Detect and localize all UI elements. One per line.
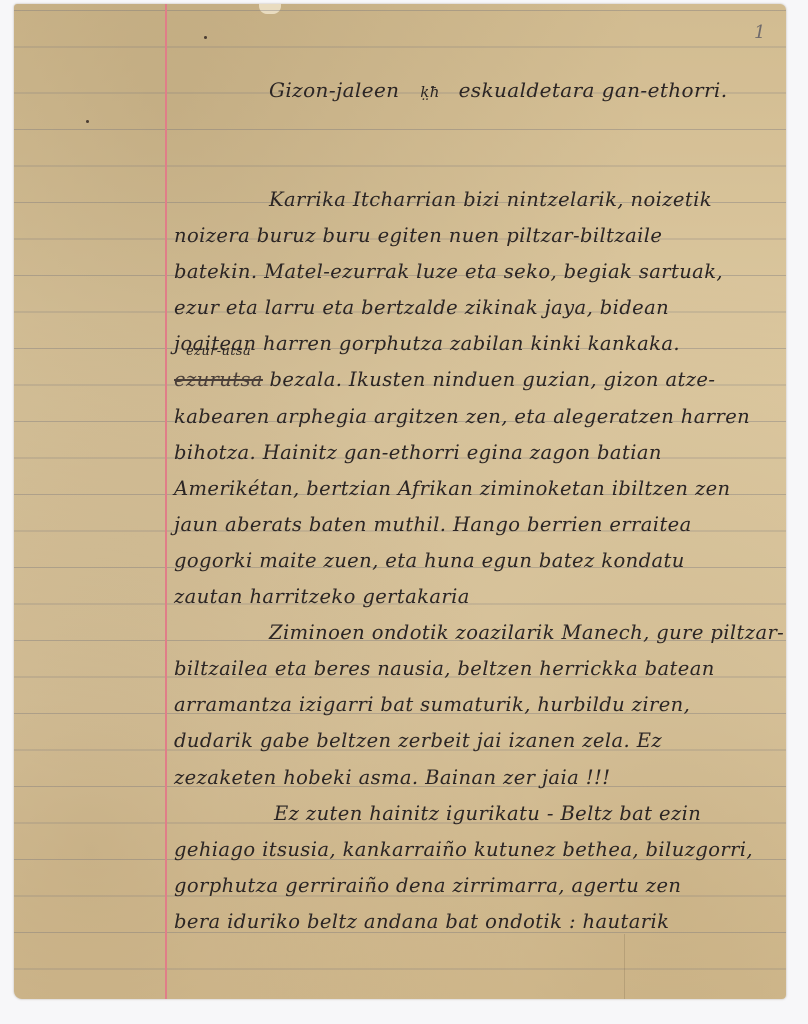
line-text: biltzailea eta beres nausia, beltzen her… (174, 657, 715, 680)
manuscript-line: bera iduriko beltz andana bat ondotik : … (174, 904, 790, 940)
manuscript-line: joaitean harren gorphutza zabilan kinki … (174, 326, 790, 362)
manuscript-line: Amerikétan, bertzian Afrikan ziminoketan… (174, 471, 790, 507)
manuscript-line: biltzailea eta beres nausia, beltzen her… (174, 651, 790, 687)
page-title: Gizon-jaleen ḳ̣ħ eskualdetara gan-ethorr… (269, 78, 727, 102)
line-text: bihotza. Hainitz gan-ethorri egina zagon… (174, 441, 662, 464)
title-part-after: eskualdetara gan-ethorri. (459, 78, 728, 102)
manuscript-line: Karrika Itcharrian bizi nintzelarik, noi… (174, 182, 790, 218)
interlinear-correction: ezur-utsa (186, 344, 251, 360)
line-text: zautan harritzeko gertakaria (174, 585, 470, 608)
line-text: dudarik gabe beltzen zerbeit jai izanen … (174, 729, 662, 752)
manuscript-page: 1 Gizon-jaleen ḳ̣ħ eskualdetara gan-etho… (14, 4, 786, 999)
line-text: ezur eta larru eta bertzalde zikinak jay… (174, 296, 669, 319)
line-text: jaun aberats baten muthil. Hango berrien… (174, 513, 692, 536)
line-text: Ez zuten hainitz igurikatu - Beltz bat e… (274, 802, 701, 825)
line-text: bezala. Ikusten ninduen guzian, gizon at… (270, 368, 716, 391)
line-text: zezaketen hobeki asma. Bainan zer jaia !… (174, 766, 610, 789)
page-number: 1 (754, 22, 765, 43)
line-text: kabearen arphegia argitzen zen, eta aleg… (174, 405, 750, 428)
line-text: batekin. Matel-ezurrak luze eta seko, be… (174, 260, 723, 283)
ink-spot (204, 36, 207, 39)
manuscript-line: gorphutza gerriraiño dena zirrimarra, ag… (174, 868, 790, 904)
manuscript-line: noizera buruz buru egiten nuen piltzar-b… (174, 218, 790, 254)
manuscript-line: Ziminoen ondotik zoazilarik Manech, gure… (174, 615, 790, 651)
manuscript-line: bihotza. Hainitz gan-ethorri egina zagon… (174, 435, 790, 471)
manuscript-line: kabearen arphegia argitzen zen, eta aleg… (174, 399, 790, 435)
red-margin-line (165, 4, 167, 999)
ink-spot (86, 120, 89, 123)
struck-through-word: ezurutsa (174, 368, 263, 391)
line-text: Amerikétan, bertzian Afrikan ziminoketan… (174, 477, 731, 500)
manuscript-line: zautan harritzeko gertakaria (174, 579, 790, 615)
manuscript-line: dudarik gabe beltzen zerbeit jai izanen … (174, 723, 790, 759)
paper-tear (259, 4, 281, 14)
title-abbreviation-mark: ḳ̣ħ (420, 83, 440, 101)
line-text: arramantza izigarri bat sumaturik, hurbi… (174, 693, 690, 716)
manuscript-body: Karrika Itcharrian bizi nintzelarik, noi… (174, 182, 790, 940)
manuscript-line: batekin. Matel-ezurrak luze eta seko, be… (174, 254, 790, 290)
manuscript-line: Ez zuten hainitz igurikatu - Beltz bat e… (174, 796, 790, 832)
line-text: gehiago itsusia, kankarraiño kutunez bet… (174, 838, 753, 861)
line-text: noizera buruz buru egiten nuen piltzar-b… (174, 224, 662, 247)
manuscript-line: gehiago itsusia, kankarraiño kutunez bet… (174, 832, 790, 868)
title-part-before: Gizon-jaleen (269, 78, 399, 102)
line-text: Ziminoen ondotik zoazilarik Manech, gure… (269, 621, 784, 644)
manuscript-line: ezur eta larru eta bertzalde zikinak jay… (174, 290, 790, 326)
manuscript-line: ezur-utsaezurutsa bezala. Ikusten nindue… (174, 362, 790, 398)
line-text: Karrika Itcharrian bizi nintzelarik, noi… (269, 188, 712, 211)
manuscript-line: jaun aberats baten muthil. Hango berrien… (174, 507, 790, 543)
line-text: gorphutza gerriraiño dena zirrimarra, ag… (174, 874, 681, 897)
manuscript-line: arramantza izigarri bat sumaturik, hurbi… (174, 687, 790, 723)
line-text: bera iduriko beltz andana bat ondotik : … (174, 910, 669, 933)
paper-fold-mark (624, 934, 625, 999)
line-text: gogorki maite zuen, eta huna egun batez … (174, 549, 685, 572)
manuscript-line: gogorki maite zuen, eta huna egun batez … (174, 543, 790, 579)
manuscript-line: zezaketen hobeki asma. Bainan zer jaia !… (174, 760, 790, 796)
